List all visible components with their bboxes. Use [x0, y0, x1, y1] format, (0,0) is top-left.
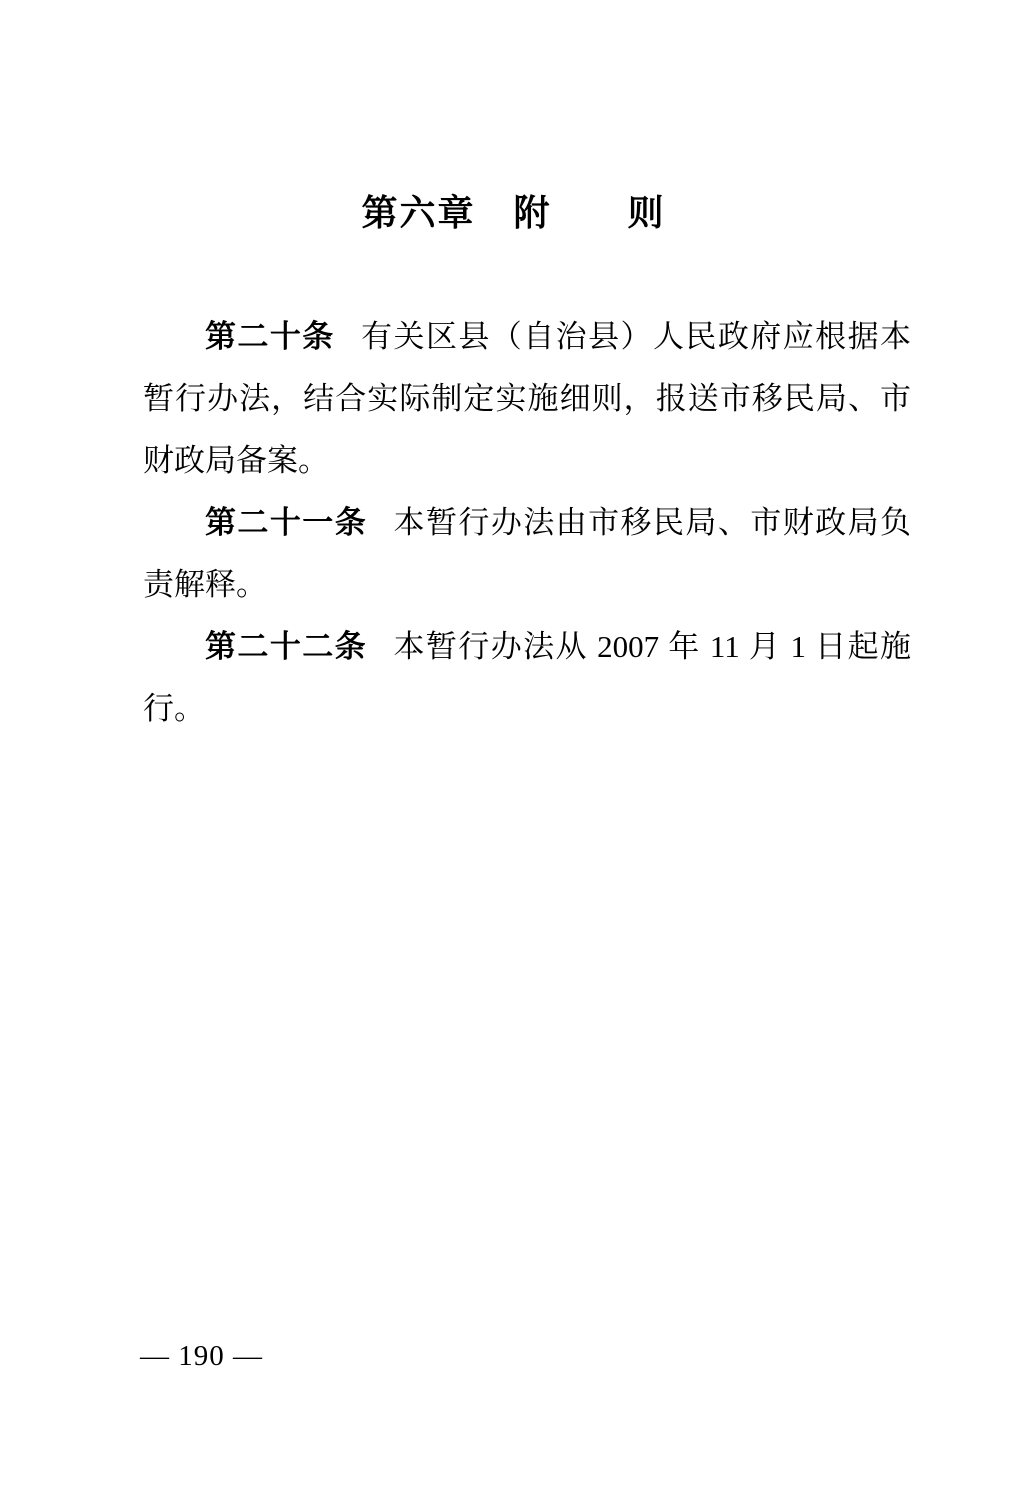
article-paragraph: 第二十二条本暂行办法从 2007 年 11 月 1 日起施行。 — [143, 616, 911, 740]
document-page: 第六章 附 则 第二十条有关区县（自治县）人民政府应根据本暂行办法，结合实际制定… — [0, 0, 1027, 1488]
article-number: 第二十条 — [205, 319, 335, 354]
article-number: 第二十一条 — [205, 505, 367, 540]
page-number: — 190 — — [140, 1338, 263, 1374]
article-number: 第二十二条 — [205, 629, 367, 664]
document-body: 第二十条有关区县（自治县）人民政府应根据本暂行办法，结合实际制定实施细则，报送市… — [143, 306, 911, 740]
article-paragraph: 第二十一条本暂行办法由市移民局、市财政局负责解释。 — [143, 492, 911, 616]
article-paragraph: 第二十条有关区县（自治县）人民政府应根据本暂行办法，结合实际制定实施细则，报送市… — [143, 306, 911, 492]
chapter-heading: 第六章 附 则 — [0, 0, 1027, 234]
